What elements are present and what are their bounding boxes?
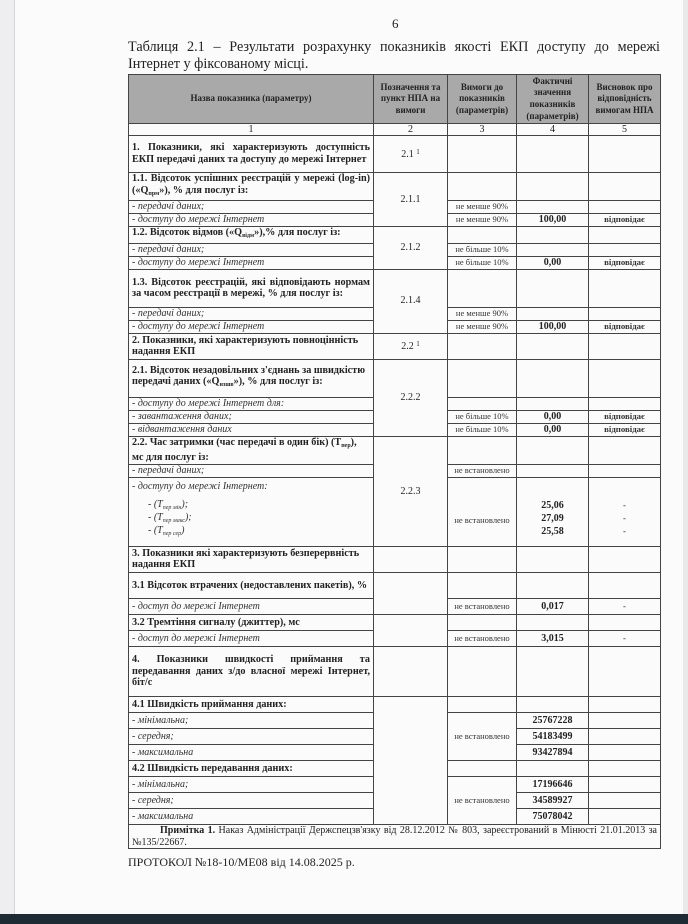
header-conclusion: Висновок про відповідність вимогам НПА — [589, 75, 661, 124]
row-label: - передачі даних; — [129, 307, 374, 320]
actual-value: 54183499 — [517, 728, 589, 744]
subsection-title: 1.2. Відсоток відмов («Qвідм»),% для пос… — [129, 227, 374, 244]
latency-values: 25,06 27,09 25,58 — [517, 477, 589, 546]
actual-value: 3,015 — [517, 630, 589, 646]
conclusion: відповідає — [589, 214, 661, 227]
row-label: - передачі даних; — [129, 464, 374, 477]
row-label: - середня; — [129, 728, 374, 744]
actual-value: 25767228 — [517, 712, 589, 728]
subsection-title: 4.1 Швидкість приймання даних: — [129, 696, 374, 712]
conclusion: відповідає — [589, 423, 661, 436]
row-label: - середня; — [129, 792, 374, 808]
section-title: 2. Показники, які характеризують повноці… — [129, 333, 374, 359]
npa-ref: 2.2.3 — [374, 436, 448, 546]
conclusion: - — [589, 630, 661, 646]
section-title: 3. Показники які характеризують безперер… — [129, 546, 374, 572]
requirement: не встановлено — [448, 630, 517, 646]
table-note: Примітка 1. Наказ Адміністрації Держспец… — [129, 824, 661, 848]
npa-ref: 2.1.4 — [374, 269, 448, 333]
column-number: 4 — [517, 124, 589, 136]
quality-indicators-table: Назва показника (параметру) Позначення т… — [128, 74, 661, 849]
row-label: - відвантаження даних — [129, 423, 374, 436]
requirement: не встановлено — [448, 464, 517, 477]
subsection-row: 3.1 Відсоток втрачених (недоставлених па… — [129, 572, 661, 598]
conclusion — [589, 243, 661, 256]
header-indicator-name: Назва показника (параметру) — [129, 75, 374, 124]
conclusion — [589, 201, 661, 214]
npa-ref: 2.1.2 — [374, 227, 448, 270]
column-number: 3 — [448, 124, 517, 136]
actual-value: 0,00 — [517, 423, 589, 436]
subsection-row: 4.1 Швидкість приймання даних: — [129, 696, 661, 712]
row-label: - максимальна — [129, 744, 374, 760]
requirement: не менше 90% — [448, 320, 517, 333]
requirement: не більше 10% — [448, 410, 517, 423]
protocol-footer: ПРОТОКОЛ №18-10/МЕ08 від 14.08.2025 р. — [128, 855, 355, 870]
subsection-row: 1.3. Відсоток реєстрацій, які відповідаю… — [129, 269, 661, 307]
requirement: не менше 90% — [448, 214, 517, 227]
row-label: - завантаження даних; — [129, 410, 374, 423]
actual-value: 0,017 — [517, 598, 589, 614]
column-number: 1 — [129, 124, 374, 136]
header-requirements: Вимоги до показників (параметрів) — [448, 75, 517, 124]
requirement: не більше 10% — [448, 243, 517, 256]
row-label: - доступу до мережі Інтернет — [129, 214, 374, 227]
npa-ref: 2.2.2 — [374, 359, 448, 436]
requirement: не встановлено — [448, 477, 517, 546]
actual-value: 75078042 — [517, 808, 589, 824]
row-label: - доступу до мережі Інтернет — [129, 320, 374, 333]
section-row: 1. Показники, які характеризують доступн… — [129, 136, 661, 173]
section-row: 2. Показники, які характеризують повноці… — [129, 333, 661, 359]
actual-value: 0,00 — [517, 410, 589, 423]
subsection-row: 1.2. Відсоток відмов («Qвідм»),% для пос… — [129, 227, 661, 244]
subsection-row: 1.1. Відсоток успішних реєстрацій у мере… — [129, 173, 661, 201]
section-title: 4. Показники швидкості приймання та пере… — [129, 646, 374, 696]
conclusion: відповідає — [589, 320, 661, 333]
row-label: - максимальна — [129, 808, 374, 824]
actual-value: 100,00 — [517, 320, 589, 333]
table-header-row: Назва показника (параметру) Позначення т… — [129, 75, 661, 124]
row-label: - доступ до мережі Інтернет — [129, 630, 374, 646]
conclusion: відповідає — [589, 410, 661, 423]
subsection-title: 4.2 Швидкість передавання даних: — [129, 760, 374, 776]
column-number: 5 — [589, 124, 661, 136]
requirement: не більше 10% — [448, 256, 517, 269]
note-row: Примітка 1. Наказ Адміністрації Держспец… — [129, 824, 661, 848]
column-number-row: 1 2 3 4 5 — [129, 124, 661, 136]
requirement: не менше 90% — [448, 307, 517, 320]
viewer-left-margin — [0, 0, 15, 914]
subsection-row: 2.1. Відсоток незадовільних з'єднань за … — [129, 359, 661, 397]
subsection-title: 2.1. Відсоток незадовільних з'єднань за … — [129, 359, 374, 397]
subsection-row: 3.2 Тремтіння сигналу (джиттер), мс — [129, 614, 661, 630]
viewer-bottom-bar — [0, 914, 688, 924]
conclusion — [589, 307, 661, 320]
row-label: - доступ до мережі Інтернет — [129, 598, 374, 614]
npa-ref: 2.2 1 — [374, 333, 448, 359]
actual-value — [517, 307, 589, 320]
table-caption: Таблиця 2.1 – Результати розрахунку пока… — [128, 39, 660, 73]
page-number: 6 — [392, 16, 399, 32]
npa-ref: 2.1.1 — [374, 173, 448, 227]
group-label: - доступу до мережі Інтернет для: — [129, 397, 374, 410]
npa-ref: 2.1 1 — [374, 136, 448, 173]
subsection-row: 2.2. Час затримки (час передачі в один б… — [129, 436, 661, 464]
subsection-title: 3.1 Відсоток втрачених (недоставлених па… — [129, 572, 374, 598]
subsection-title: 1.3. Відсоток реєстрацій, які відповідаю… — [129, 269, 374, 307]
conclusion: відповідає — [589, 256, 661, 269]
column-number: 2 — [374, 124, 448, 136]
subsection-title: 2.2. Час затримки (час передачі в один б… — [129, 436, 374, 464]
header-actual-values: Фактичні значення показників (параметрів… — [517, 75, 589, 124]
subsection-title: 1.1. Відсоток успішних реєстрацій у мере… — [129, 173, 374, 201]
requirement: не більше 10% — [448, 423, 517, 436]
viewer-right-margin — [683, 0, 688, 914]
actual-value — [517, 243, 589, 256]
row-label: - передачі даних; — [129, 201, 374, 214]
row-label: - доступу до мережі Інтернет — [129, 256, 374, 269]
requirement: не встановлено — [448, 598, 517, 614]
actual-value: 93427894 — [517, 744, 589, 760]
actual-value: 100,00 — [517, 214, 589, 227]
requirement: не менше 90% — [448, 201, 517, 214]
requirement: не встановлено — [448, 712, 517, 760]
section-row: 3. Показники які характеризують безперер… — [129, 546, 661, 572]
header-npa-ref: Позначення та пункт НПА на вимоги — [374, 75, 448, 124]
subsection-title: 3.2 Тремтіння сигналу (джиттер), мс — [129, 614, 374, 630]
row-label: - мінімальна; — [129, 776, 374, 792]
latency-labels: - доступу до мережі Інтернет: - (Tпер мі… — [129, 477, 374, 546]
latency-conclusions: - - - — [589, 477, 661, 546]
conclusion: - — [589, 598, 661, 614]
section-row: 4. Показники швидкості приймання та пере… — [129, 646, 661, 696]
requirement: не встановлено — [448, 776, 517, 824]
section-title: 1. Показники, які характеризують доступн… — [129, 136, 374, 173]
actual-value: 0,00 — [517, 256, 589, 269]
actual-value: 34589927 — [517, 792, 589, 808]
row-label: - передачі даних; — [129, 243, 374, 256]
actual-value — [517, 201, 589, 214]
row-label: - мінімальна; — [129, 712, 374, 728]
actual-value: 17196646 — [517, 776, 589, 792]
